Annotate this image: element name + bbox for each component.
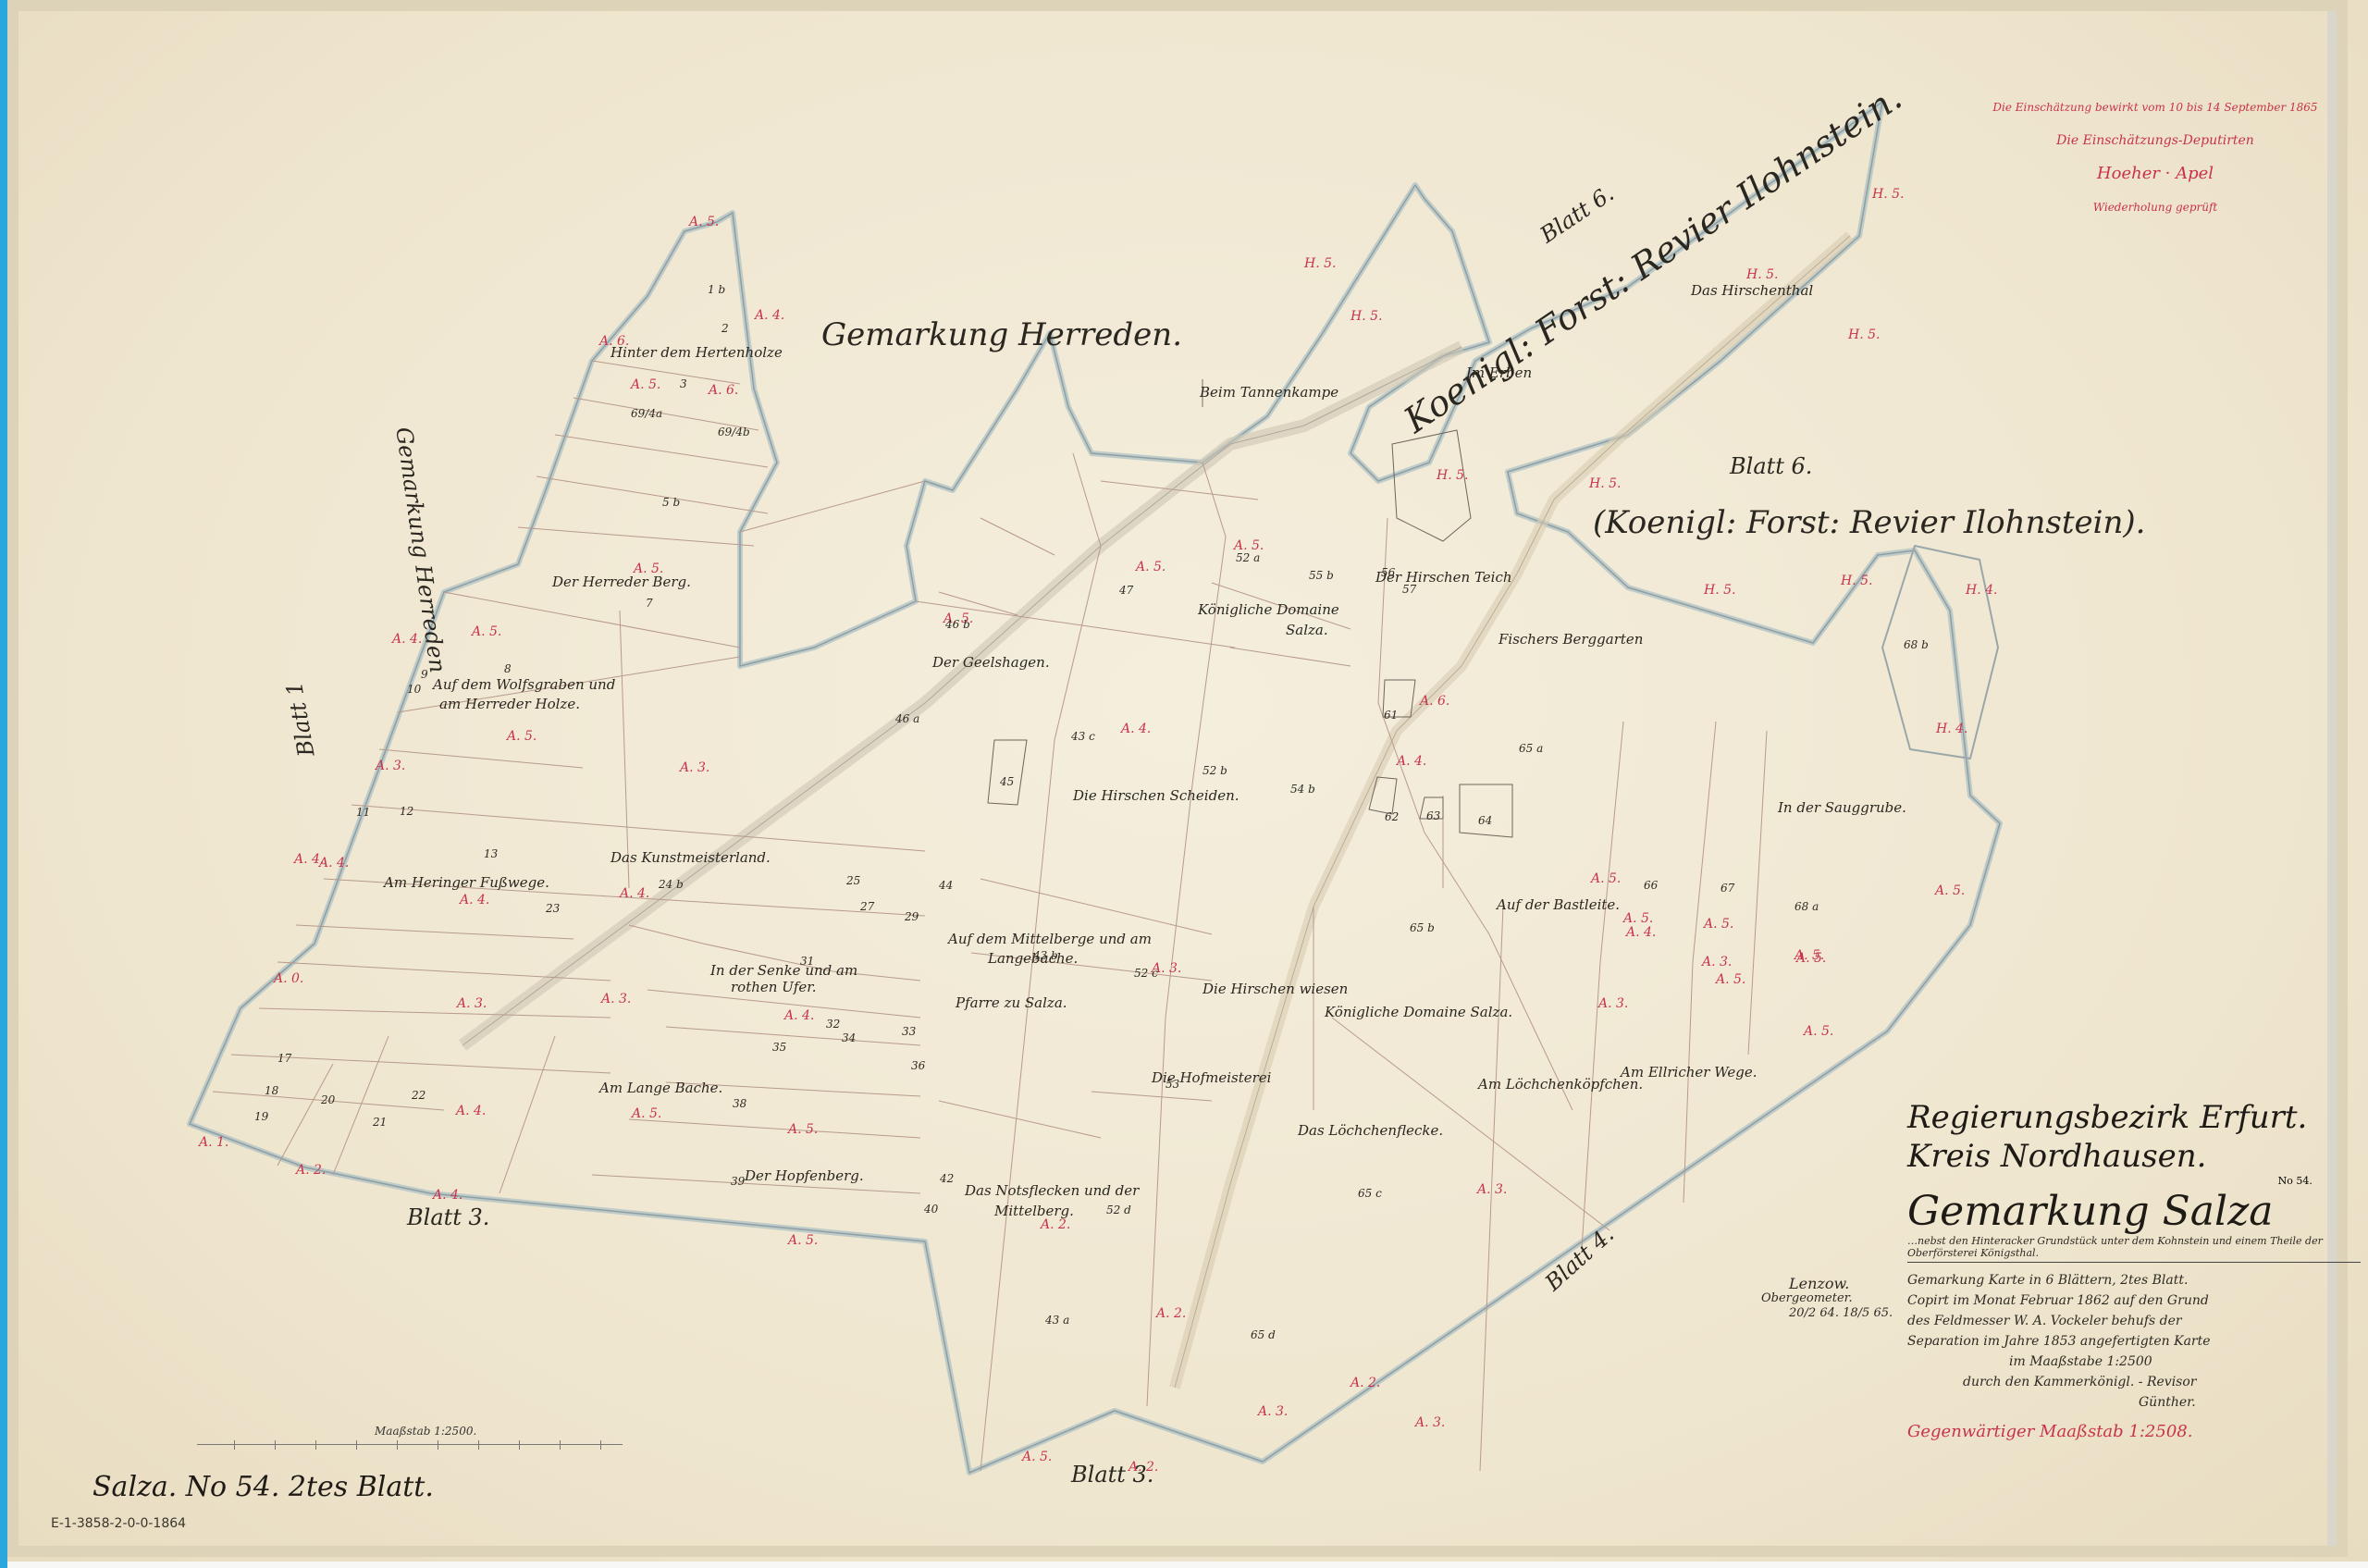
- signature-name: Lenzow.: [1761, 1277, 1893, 1291]
- scale-bar: [197, 1444, 623, 1451]
- obergeometer-signature: Lenzow. Obergeometer. 20/2 64. 18/5 65.: [1761, 1277, 1893, 1321]
- title-gemarkung-number: No 54.: [2278, 1175, 2312, 1187]
- soil-class-label: A. 3.: [601, 992, 631, 1006]
- soil-class-label: A. 2.: [296, 1163, 326, 1178]
- signature-dates: 20/2 64. 18/5 65.: [1761, 1306, 1893, 1321]
- parcel-number: 40: [924, 1203, 938, 1216]
- soil-class-label: A. 4.: [1121, 722, 1151, 736]
- soil-class-label: H. 5.: [1704, 583, 1735, 598]
- scale-tick: [519, 1440, 520, 1450]
- parcel-number: 29: [905, 910, 919, 923]
- soil-class-label: A. 5.: [1591, 871, 1621, 886]
- soil-class-label: A. 4.: [755, 308, 784, 323]
- parcel-number: 69/4b: [718, 426, 750, 438]
- soil-class-label: A. 5.: [632, 1106, 661, 1121]
- field-name-label: Auf dem Wolfsgraben und: [433, 676, 615, 693]
- soil-class-label: A. 3.: [680, 760, 709, 775]
- parcel-number: 24 b: [659, 878, 684, 891]
- soil-class-label: A. 4.: [1626, 925, 1656, 940]
- red-certification-note: Die Einschätzung bewirkt vom 10 bis 14 S…: [1952, 91, 2359, 224]
- parcel-number: 3: [680, 377, 687, 390]
- soil-class-label: A. 4.: [784, 1008, 814, 1023]
- soil-class-label: H. 5.: [1589, 476, 1621, 491]
- certification-line-4: Wiederholung geprüft: [1952, 191, 2359, 224]
- sheet-ref-blatt-6-b: Blatt 6.: [1730, 453, 1812, 479]
- soil-class-label: A. 5.: [1623, 911, 1653, 926]
- field-name-label: Am Ellricher Wege.: [1621, 1064, 1757, 1080]
- scale-tick: [478, 1440, 479, 1450]
- parcel-number: 42: [940, 1172, 954, 1185]
- title-cartouche: Regierungsbezirk Erfurt. Kreis Nordhause…: [1907, 1099, 2351, 1441]
- soil-class-label: A. 3.: [1598, 996, 1628, 1011]
- parcel-number: 23: [546, 902, 560, 915]
- field-name-label: Am Löchchenköpfchen.: [1478, 1076, 1643, 1093]
- soil-class-label: A. 6.: [709, 383, 738, 398]
- parcel-number: 33: [902, 1025, 916, 1038]
- soil-class-label: A. 4.: [1397, 754, 1426, 769]
- parcel-number: 10: [407, 683, 421, 696]
- note-line-2: Copirt im Monat Februar 1862 auf den Gru…: [1907, 1290, 2351, 1311]
- soil-class-label: A. 6.: [1420, 694, 1449, 709]
- soil-class-label: A. 3.: [1415, 1415, 1445, 1430]
- parcel-number: 39: [731, 1175, 745, 1188]
- scale-tick: [397, 1440, 398, 1450]
- parcel-number: 19: [254, 1110, 268, 1123]
- scale-tick: [600, 1440, 601, 1450]
- present-scale-note: Gegenwärtiger Maaßstab 1:2508.: [1907, 1422, 2351, 1441]
- parcel-number: 31: [800, 955, 814, 968]
- parcel-number: 43 c: [1071, 730, 1095, 743]
- soil-class-label: A. 5.: [634, 562, 663, 576]
- field-name-label: Der Hopfenberg.: [745, 1167, 864, 1184]
- parcel-number: 54 b: [1290, 783, 1315, 796]
- soil-class-label: A. 5.: [631, 377, 660, 392]
- parcel-number: 55 b: [1309, 569, 1334, 582]
- title-kreis: Kreis Nordhausen.: [1907, 1138, 2351, 1175]
- parcel-number: 52 d: [1106, 1204, 1131, 1216]
- soil-class-label: A. 2.: [1041, 1217, 1070, 1232]
- parcel-number: 46 b: [945, 618, 970, 631]
- soil-class-label: H. 5.: [1872, 187, 1904, 202]
- field-name-label: Hinter dem Hertenholze: [610, 344, 783, 361]
- parcel-number: 63: [1426, 809, 1440, 822]
- field-name-label: Im Erben: [1466, 364, 1532, 381]
- soil-class-label: A. 2.: [1128, 1460, 1158, 1475]
- field-name-label: Das Kunstmeisterland.: [610, 849, 771, 866]
- parcel-number: 43 b: [1033, 949, 1058, 962]
- sheet-label: Salza. No 54. 2tes Blatt.: [92, 1471, 434, 1503]
- parcel-number: 43 a: [1045, 1314, 1069, 1327]
- soil-class-label: A. 4.: [460, 893, 489, 907]
- title-regierungsbezirk: Regierungsbezirk Erfurt.: [1907, 1099, 2351, 1136]
- parcel-number: 66: [1644, 879, 1658, 892]
- note-line-7: Günther.: [1907, 1392, 2351, 1413]
- parcel-number: 53: [1165, 1078, 1179, 1091]
- parcel-number: 18: [265, 1084, 278, 1097]
- soil-class-label: A. 4.: [456, 1104, 486, 1118]
- parcel-number: 44: [939, 879, 953, 892]
- soil-class-label: A. 5.: [507, 729, 536, 744]
- certification-line-2: Die Einschätzungs-Deputirten: [1952, 124, 2359, 157]
- parcel-number: 65 c: [1358, 1187, 1382, 1200]
- field-name-label: Das Notsflecken und der: [965, 1182, 1139, 1199]
- field-name-label: Der Hirschen Teich: [1375, 569, 1512, 586]
- soil-class-label: A. 3.: [1477, 1182, 1507, 1197]
- soil-class-label: A. 5.: [1935, 883, 1965, 898]
- parcel-number: 62: [1385, 810, 1399, 823]
- parcel-number: 46 a: [895, 712, 919, 725]
- soil-class-label: H. 5.: [1841, 574, 1872, 588]
- scale-tick: [234, 1440, 235, 1450]
- field-name-label: Die Hirschen wiesen: [1202, 981, 1348, 997]
- soil-class-label: A. 1.: [199, 1135, 228, 1150]
- field-name-label: am Herreder Holze.: [439, 696, 580, 712]
- note-line-5: im Maaßstabe 1:2500: [1907, 1352, 2351, 1372]
- parcel-number: 8: [504, 662, 512, 675]
- field-name-label: Salza.: [1286, 622, 1328, 638]
- parcel-number: 47: [1119, 584, 1133, 597]
- soil-class-label: H. 4.: [1936, 722, 1967, 736]
- certification-line-1: Die Einschätzung bewirkt vom 10 bis 14 S…: [1952, 91, 2359, 124]
- note-line-3: des Feldmesser W. A. Vockeler behufs der: [1907, 1311, 2351, 1331]
- soil-class-label: A. 5.: [1704, 917, 1733, 932]
- parcel-number: 67: [1720, 882, 1734, 895]
- soil-class-label: A. 2.: [1350, 1376, 1380, 1390]
- parcel-number: 12: [400, 805, 413, 818]
- parcel-number: 69/4a: [631, 407, 662, 420]
- title-notes: Gemarkung Karte in 6 Blättern, 2tes Blat…: [1907, 1270, 2351, 1413]
- field-name-label: Königliche Domaine: [1198, 601, 1339, 618]
- field-name-label: Das Löchchenflecke.: [1298, 1122, 1443, 1139]
- soil-class-label: H. 5.: [1437, 468, 1468, 483]
- soil-class-label: A. 5.: [689, 215, 719, 229]
- parcel-number: 11: [356, 806, 370, 819]
- field-name-label: In der Sauggrube.: [1778, 799, 1906, 816]
- parcel-number: 27: [860, 900, 874, 913]
- soil-class-label: A. 5.: [1804, 1024, 1833, 1039]
- field-name-label: In der Senke und am: [710, 962, 857, 979]
- signature-title: Obergeometer.: [1761, 1291, 1893, 1306]
- note-line-4: Separation im Jahre 1853 angefertigten K…: [1907, 1331, 2351, 1352]
- soil-class-label: A. 2.: [1156, 1306, 1186, 1321]
- parcel-number: 61: [1384, 709, 1398, 722]
- parcel-number: 45: [1000, 775, 1014, 788]
- parcel-number: 65 a: [1519, 742, 1543, 755]
- neighbor-label-herreden: Gemarkung Herreden.: [821, 316, 1182, 353]
- sheet-ref-blatt-3-left: Blatt 3.: [407, 1204, 489, 1230]
- soil-class-label: A. 4.: [392, 632, 422, 647]
- soil-class-label: A. 5.: [1716, 972, 1745, 987]
- parcel-number: 57: [1402, 583, 1416, 596]
- soil-class-label: H. 5.: [1848, 327, 1880, 342]
- field-name-label: Am Lange Bache.: [599, 1080, 722, 1096]
- parcel-number: 36: [911, 1059, 925, 1072]
- field-name-label: Der Geelshagen.: [932, 654, 1050, 671]
- soil-class-label: A. 3.: [1702, 955, 1732, 969]
- field-name-label: Am Heringer Fußwege.: [384, 874, 549, 891]
- scale-tick: [438, 1440, 438, 1450]
- parcel-number: 34: [842, 1031, 856, 1044]
- soil-class-label: A. 6.: [599, 334, 629, 349]
- soil-class-label: A. 4.: [620, 886, 649, 901]
- scale-tick: [356, 1440, 357, 1450]
- field-name-label: Beim Tannenkampe: [1200, 384, 1338, 401]
- parcel-number: 35: [772, 1041, 786, 1054]
- scale-bar-label: Maaßstab 1:2500.: [375, 1425, 476, 1438]
- parcel-number: 52 b: [1202, 764, 1227, 777]
- archive-id: E-1-3858-2-0-0-1864: [51, 1516, 186, 1531]
- scale-tick: [275, 1440, 276, 1450]
- parcel-number: 52 a: [1236, 551, 1260, 564]
- field-name-label: Das Hirschenthal: [1691, 282, 1813, 299]
- parcel-number: 64: [1478, 814, 1492, 827]
- parcel-number: 32: [826, 1018, 840, 1031]
- note-line-6: durch den Kammerkönigl. - Revisor: [1907, 1372, 2351, 1392]
- field-name-label: Pfarre zu Salza.: [956, 994, 1067, 1011]
- note-line-1: Gemarkung Karte in 6 Blättern, 2tes Blat…: [1907, 1270, 2351, 1290]
- parcel-number: 17: [277, 1052, 291, 1065]
- soil-class-label: H. 5.: [1304, 256, 1336, 271]
- field-name-label: Auf der Bastleite.: [1497, 896, 1620, 913]
- field-name-label: Fischers Berggarten: [1498, 631, 1643, 648]
- certification-signature: Hoeher · Apel: [1952, 157, 2359, 191]
- soil-class-label: H. 5.: [1746, 267, 1778, 282]
- parcel-number: 65 d: [1251, 1328, 1276, 1341]
- soil-class-label: A. 3.: [457, 996, 487, 1011]
- field-name-label: Der Herreder Berg.: [552, 574, 691, 590]
- parcel-number: 68 b: [1904, 638, 1929, 651]
- parcel-number: 21: [373, 1116, 387, 1129]
- title-gemarkung: Gemarkung Salza: [1907, 1188, 2274, 1235]
- title-subtitle: …nebst den Hinteracker Grundstück unter …: [1907, 1235, 2361, 1263]
- soil-class-label: H. 5.: [1350, 309, 1382, 324]
- field-name-label: Auf dem Mittelberge und am: [948, 931, 1152, 947]
- parcel-number: 65 b: [1410, 921, 1435, 934]
- soil-class-label: A. 5.: [472, 624, 501, 639]
- soil-class-label: H. 4.: [1966, 583, 1997, 598]
- soil-class-label: A. 5.: [1136, 560, 1165, 574]
- parcel-number: 9: [421, 668, 428, 681]
- soil-class-label: A. 5.: [788, 1122, 818, 1137]
- scale-tick: [560, 1440, 561, 1450]
- parcel-number: 20: [321, 1093, 335, 1106]
- soil-class-label: A. 4.: [319, 856, 349, 870]
- soil-class-label: A. 4.: [433, 1188, 462, 1203]
- soil-class-label: A. 5.: [1022, 1450, 1052, 1464]
- parcel-number: 5 b: [662, 496, 680, 509]
- parcel-number: 25: [846, 874, 860, 887]
- parcel-number: 38: [733, 1097, 746, 1110]
- soil-class-label: A. 3.: [1258, 1404, 1288, 1419]
- scale-tick: [315, 1440, 316, 1450]
- parcel-number: 7: [646, 597, 653, 610]
- parcel-number: 56: [1381, 566, 1395, 579]
- soil-class-label: A. 3.: [376, 759, 405, 773]
- parcel-number: 52 c: [1134, 967, 1158, 980]
- field-name-label: Königliche Domaine Salza.: [1325, 1004, 1512, 1020]
- parcel-number: 13: [484, 847, 498, 860]
- soil-class-label: A. 0.: [274, 971, 303, 986]
- neighbor-label-forst-revier-2: (Koenigl: Forst: Revier Ilohnstein).: [1593, 504, 2145, 541]
- field-name-label: Die Hirschen Scheiden.: [1073, 787, 1239, 804]
- parcel-number: 1 b: [708, 283, 725, 296]
- soil-class-label: A. 5.: [1794, 948, 1824, 963]
- parcel-number: 2: [721, 322, 729, 335]
- parcel-number: 22: [412, 1089, 425, 1102]
- soil-class-label: A. 5.: [788, 1233, 818, 1248]
- field-name-label: rothen Ufer.: [731, 979, 817, 995]
- parcel-number: 68 a: [1794, 900, 1819, 913]
